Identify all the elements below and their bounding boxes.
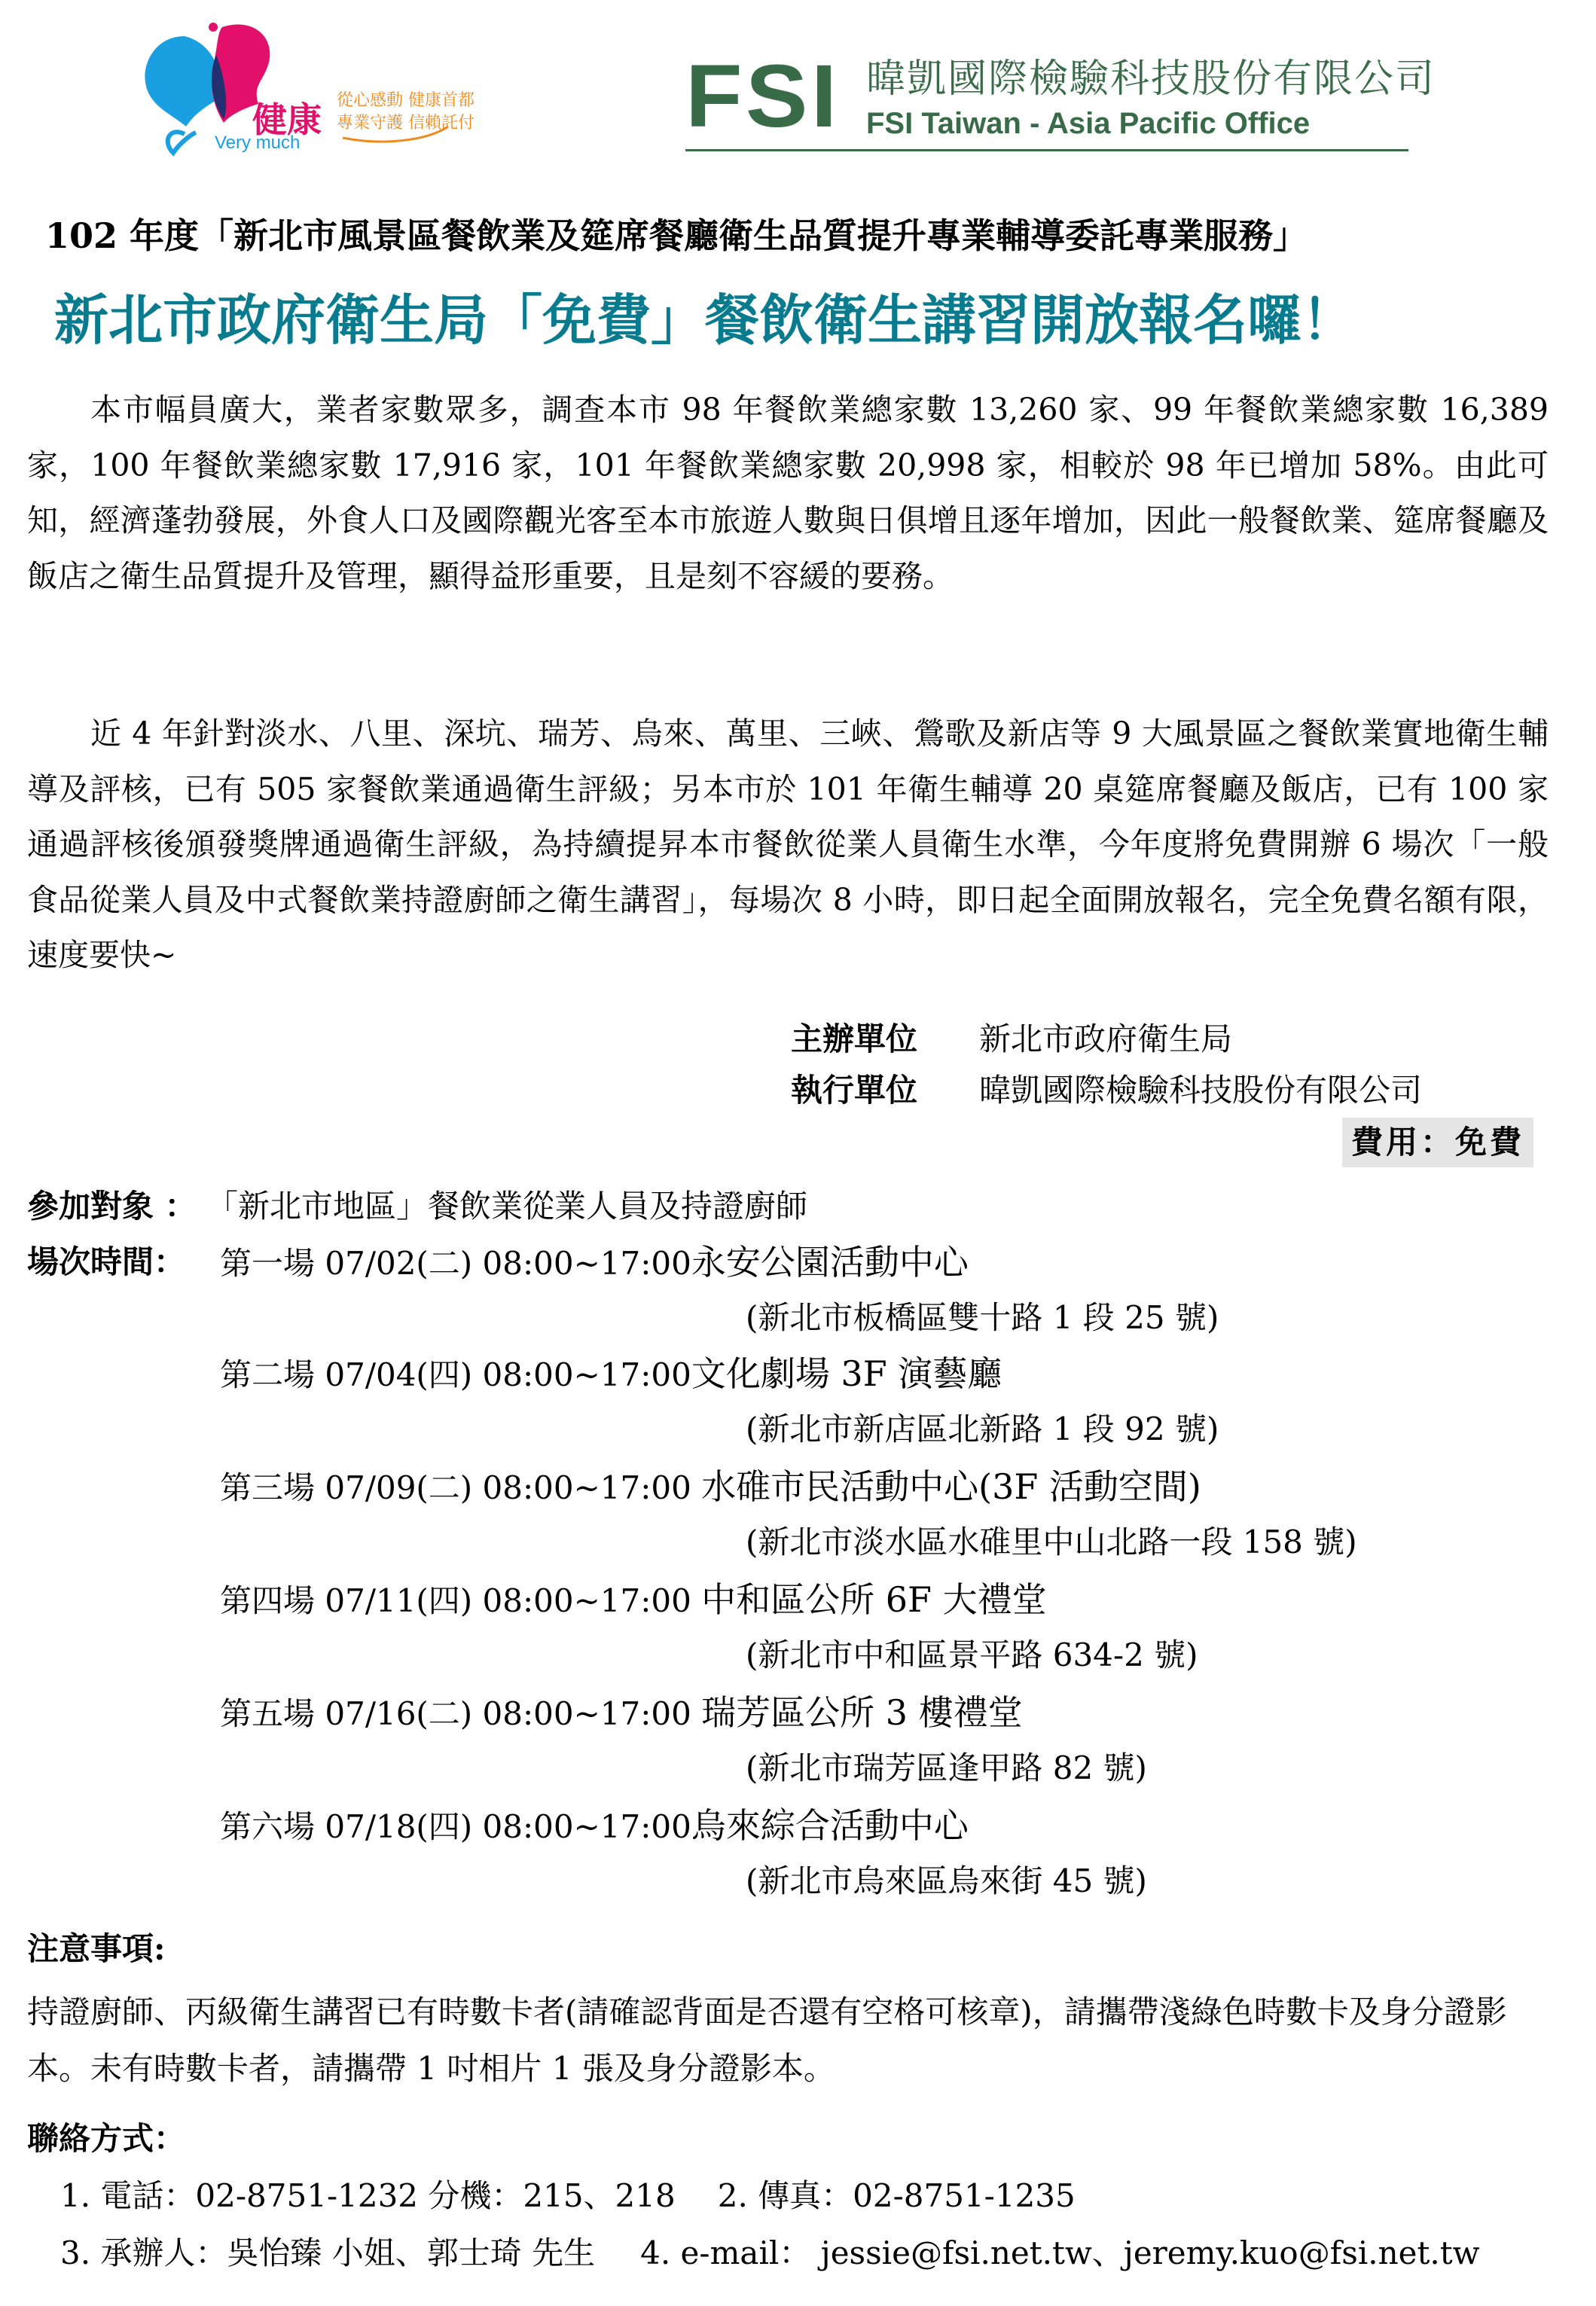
target-label: 參加對象 ： xyxy=(27,1188,197,1225)
fsi-logo-mark: FSI xyxy=(685,59,840,134)
session-time: 08:00~17:00 xyxy=(483,1695,691,1732)
session-venue: 永安公園活動中心 xyxy=(691,1242,969,1283)
session-row: 第六場 07/18(四) 08:00~17:00烏來綜合活動中心 xyxy=(220,1803,969,1850)
executor-label: 執行單位 xyxy=(791,1068,979,1113)
contact-row-1: 1. 電話：02-8751-1232 分機：215、2182. 傳真：02-87… xyxy=(60,2173,1076,2219)
session-name: 第六場 xyxy=(220,1808,315,1845)
session-time: 08:00~17:00 xyxy=(483,1356,691,1393)
session-address: (新北市淡水區水碓里中山北路一段 158 號) xyxy=(746,1520,1357,1565)
fee-badge: 費用：免費 xyxy=(1342,1118,1533,1167)
sessions-label-row: 場次時間： xyxy=(27,1240,185,1285)
fsi-logo: FSI 暐凱國際檢驗科技股份有限公司 FSI Taiwan - Asia Pac… xyxy=(685,53,1424,158)
notes-text: 持證廚師、丙級衛生講習已有時數卡者(請確認背面是否還有空格可核章)，請攜帶淺綠色… xyxy=(27,1984,1556,2097)
session-venue: 中和區公所 6F 大禮堂 xyxy=(701,1579,1046,1620)
session-time: 08:00~17:00 xyxy=(483,1469,691,1506)
contact-email[interactable]: 4. e-mail： jessie@fsi.net.tw、jeremy.kuo@… xyxy=(640,2234,1479,2271)
session-date: 07/09(二) xyxy=(325,1469,472,1506)
notes-label: 注意事項: xyxy=(27,1930,166,1967)
session-venue: 水碓市民活動中心(3F 活動空間) xyxy=(701,1466,1201,1507)
session-name: 第四場 xyxy=(220,1582,315,1619)
session-venue: 文化劇場 3F 演藝廳 xyxy=(691,1353,1002,1394)
target-value: 「新北市地區」餐飲業從業人員及持證廚師 xyxy=(206,1188,807,1225)
session-name: 第二場 xyxy=(220,1356,315,1393)
page-title: 新北市政府衛生局「免費」餐飲衛生講習開放報名囉！ xyxy=(54,286,1561,354)
fsi-company-cn: 暐凱國際檢驗科技股份有限公司 xyxy=(866,56,1436,102)
session-row: 第三場 07/09(二) 08:00~17:00 水碓市民活動中心(3F 活動空… xyxy=(220,1464,1201,1511)
sessions-label: 場次時間： xyxy=(27,1243,185,1280)
session-date: 07/11(四) xyxy=(325,1582,472,1619)
executor-row: 執行單位暐凱國際檢驗科技股份有限公司 xyxy=(791,1068,1422,1113)
session-time: 08:00~17:00 xyxy=(483,1245,691,1282)
session-venue: 烏來綜合活動中心 xyxy=(691,1805,969,1846)
session-address: (新北市板橋區雙十路 1 段 25 號) xyxy=(746,1295,1219,1341)
session-row: 第一場 07/02(二) 08:00~17:00永安公園活動中心 xyxy=(220,1240,969,1286)
session-time: 08:00~17:00 xyxy=(483,1582,691,1619)
session-row: 第二場 07/04(四) 08:00~17:00文化劇場 3F 演藝廳 xyxy=(220,1351,1002,1398)
project-subtitle: 102 年度「新北市風景區餐飲業及筵席餐廳衛生品質提升專業輔導委託專業服務」 xyxy=(45,211,1552,261)
session-date: 07/02(二) xyxy=(325,1245,472,1282)
logo-slogan-2: 專業守護 信賴託付 xyxy=(337,110,475,133)
host-row: 主辦單位新北市政府衛生局 xyxy=(791,1017,1232,1062)
session-date: 07/16(二) xyxy=(325,1695,472,1732)
contact-label: 聯絡方式： xyxy=(27,2120,185,2157)
session-row: 第五場 07/16(二) 08:00~17:00 瑞芳區公所 3 樓禮堂 xyxy=(220,1690,1023,1737)
host-label: 主辦單位 xyxy=(791,1017,979,1062)
fsi-company-en: FSI Taiwan - Asia Pacific Office xyxy=(866,105,1310,142)
session-name: 第五場 xyxy=(220,1695,315,1732)
fsi-underline-divider xyxy=(685,149,1408,151)
session-venue: 瑞芳區公所 3 樓禮堂 xyxy=(701,1692,1023,1733)
contact-row-2: 3. 承辦人：吳怡臻 小姐、郭士琦 先生4. e-mail： jessie@fs… xyxy=(60,2231,1480,2276)
intro-paragraph-1: 本市幅員廣大，業者家數眾多，調查本市 98 年餐飲業總家數 13,260 家、9… xyxy=(27,383,1549,604)
session-date: 07/18(四) xyxy=(325,1808,472,1845)
session-address: (新北市中和區景平路 634-2 號) xyxy=(746,1633,1198,1678)
logo-slogan-1: 從心感動 健康首都 xyxy=(337,87,475,111)
notes-label-row: 注意事項: xyxy=(27,1926,166,1972)
session-address: (新北市新店區北新路 1 段 92 號) xyxy=(746,1407,1219,1452)
session-name: 第一場 xyxy=(220,1245,315,1282)
session-date: 07/04(四) xyxy=(325,1356,472,1393)
contact-person: 3. 承辦人：吳怡臻 小姐、郭士琦 先生 xyxy=(60,2234,595,2271)
contact-fax: 2. 傳真：02-8751-1235 xyxy=(718,2177,1076,2214)
contact-label-row: 聯絡方式： xyxy=(27,2116,185,2161)
session-address: (新北市烏來區烏來街 45 號) xyxy=(746,1859,1147,1904)
intro-paragraph-2: 近 4 年針對淡水、八里、深坑、瑞芳、烏來、萬里、三峽、鶯歌及新店等 9 大風景… xyxy=(27,706,1549,984)
contact-phone: 1. 電話：02-8751-1232 分機：215、218 xyxy=(60,2177,676,2214)
host-value: 新北市政府衛生局 xyxy=(979,1020,1232,1057)
session-row: 第四場 07/11(四) 08:00~17:00 中和區公所 6F 大禮堂 xyxy=(220,1577,1047,1624)
executor-value: 暐凱國際檢驗科技股份有限公司 xyxy=(979,1072,1422,1109)
logo-sub-text: Very much xyxy=(215,133,300,154)
session-name: 第三場 xyxy=(220,1469,315,1506)
health-capital-logo: 健康 Very much 從心感動 健康首都 專業守護 信賴託付 xyxy=(139,21,561,157)
session-address: (新北市瑞芳區逢甲路 82 號) xyxy=(746,1746,1147,1791)
session-time: 08:00~17:00 xyxy=(483,1808,691,1845)
target-row: 參加對象 ： 「新北市地區」餐飲業從業人員及持證廚師 xyxy=(27,1184,807,1229)
